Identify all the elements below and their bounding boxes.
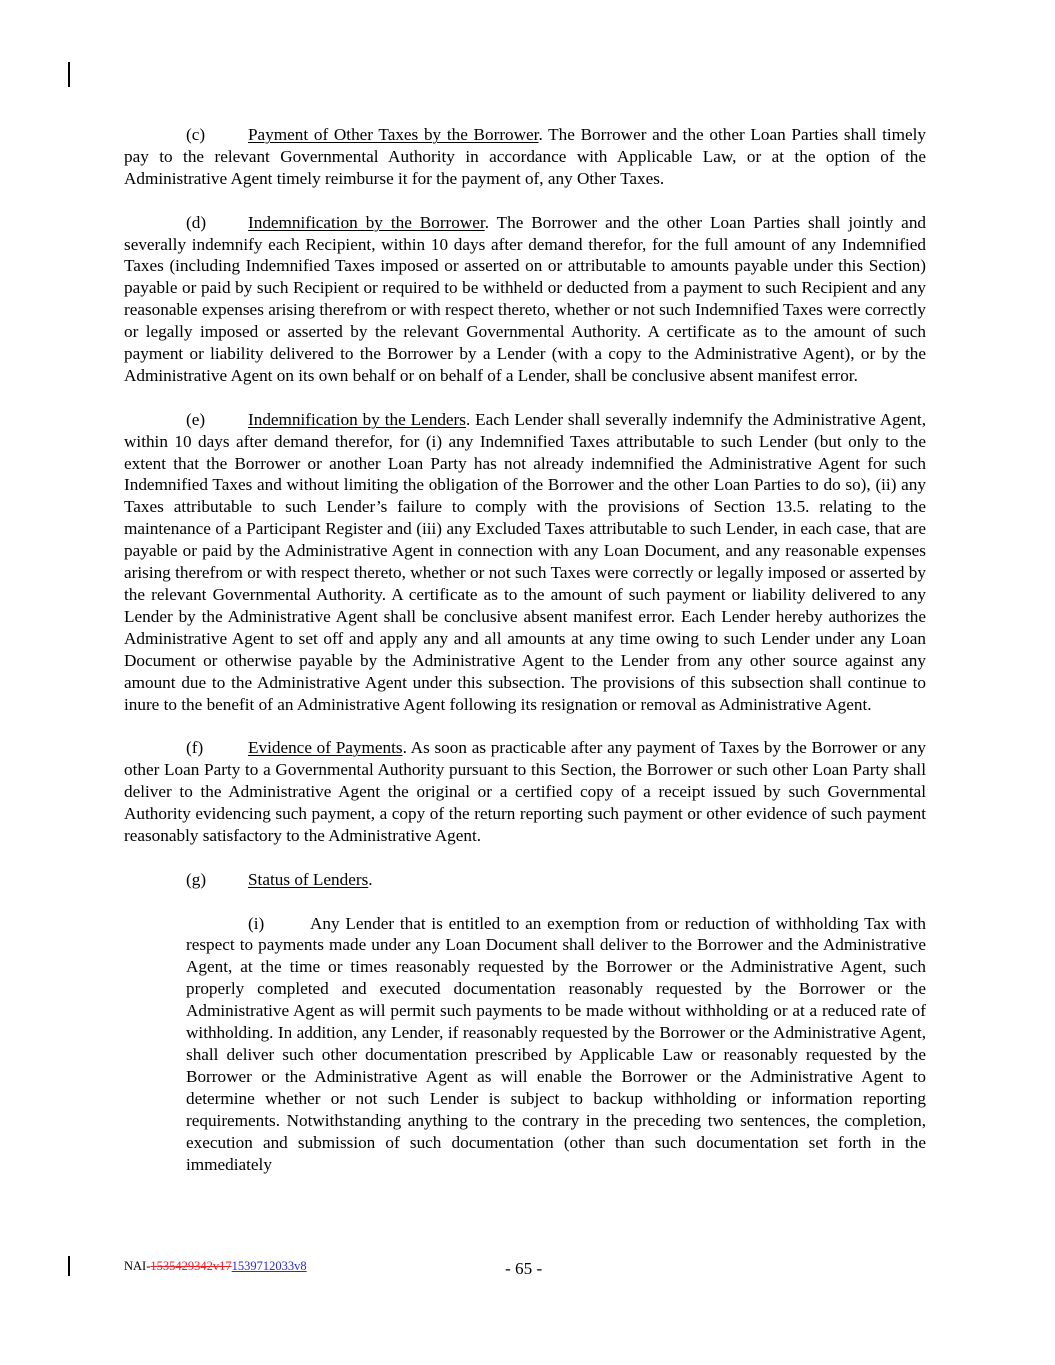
paragraph-g: (g)Status of Lenders. xyxy=(124,869,926,891)
document-id: NAI-1535429342v171539712033v8 xyxy=(124,1258,307,1274)
paragraph-label: (e) xyxy=(186,409,248,431)
document-id-prefix: NAI- xyxy=(124,1259,150,1273)
document-page: (c)Payment of Other Taxes by the Borrowe… xyxy=(0,0,1055,1365)
document-id-deleted: 1535429342v17 xyxy=(150,1259,231,1273)
paragraph-f: (f)Evidence of Payments. As soon as prac… xyxy=(124,737,926,847)
document-body: (c)Payment of Other Taxes by the Borrowe… xyxy=(124,124,926,1175)
change-bar-bottom xyxy=(68,1256,70,1276)
page-number: - 65 - xyxy=(505,1259,542,1279)
paragraph-text: . The Borrower and the other Loan Partie… xyxy=(124,213,926,385)
paragraph-caption: Status of Lenders xyxy=(248,870,368,889)
paragraph-text: . Each Lender shall severally indemnify … xyxy=(124,410,926,714)
paragraph-d: (d)Indemnification by the Borrower. The … xyxy=(124,212,926,387)
change-bar-top xyxy=(68,62,70,87)
paragraph-c: (c)Payment of Other Taxes by the Borrowe… xyxy=(124,124,926,190)
paragraph-label: (i) xyxy=(248,913,310,935)
paragraph-label: (f) xyxy=(186,737,248,759)
document-id-inserted: 1539712033v8 xyxy=(232,1259,307,1273)
paragraph-g-i: (i)Any Lender that is entitled to an exe… xyxy=(186,913,926,1176)
paragraph-text: . xyxy=(368,870,372,889)
paragraph-caption: Indemnification by the Lenders xyxy=(248,410,466,429)
paragraph-caption: Indemnification by the Borrower xyxy=(248,213,485,232)
paragraph-label: (d) xyxy=(186,212,248,234)
paragraph-caption: Payment of Other Taxes by the Borrower xyxy=(248,125,538,144)
paragraph-label: (g) xyxy=(186,869,248,891)
paragraph-label: (c) xyxy=(186,124,248,146)
paragraph-e: (e)Indemnification by the Lenders. Each … xyxy=(124,409,926,716)
paragraph-text: Any Lender that is entitled to an exempt… xyxy=(186,914,926,1174)
paragraph-caption: Evidence of Payments xyxy=(248,738,403,757)
